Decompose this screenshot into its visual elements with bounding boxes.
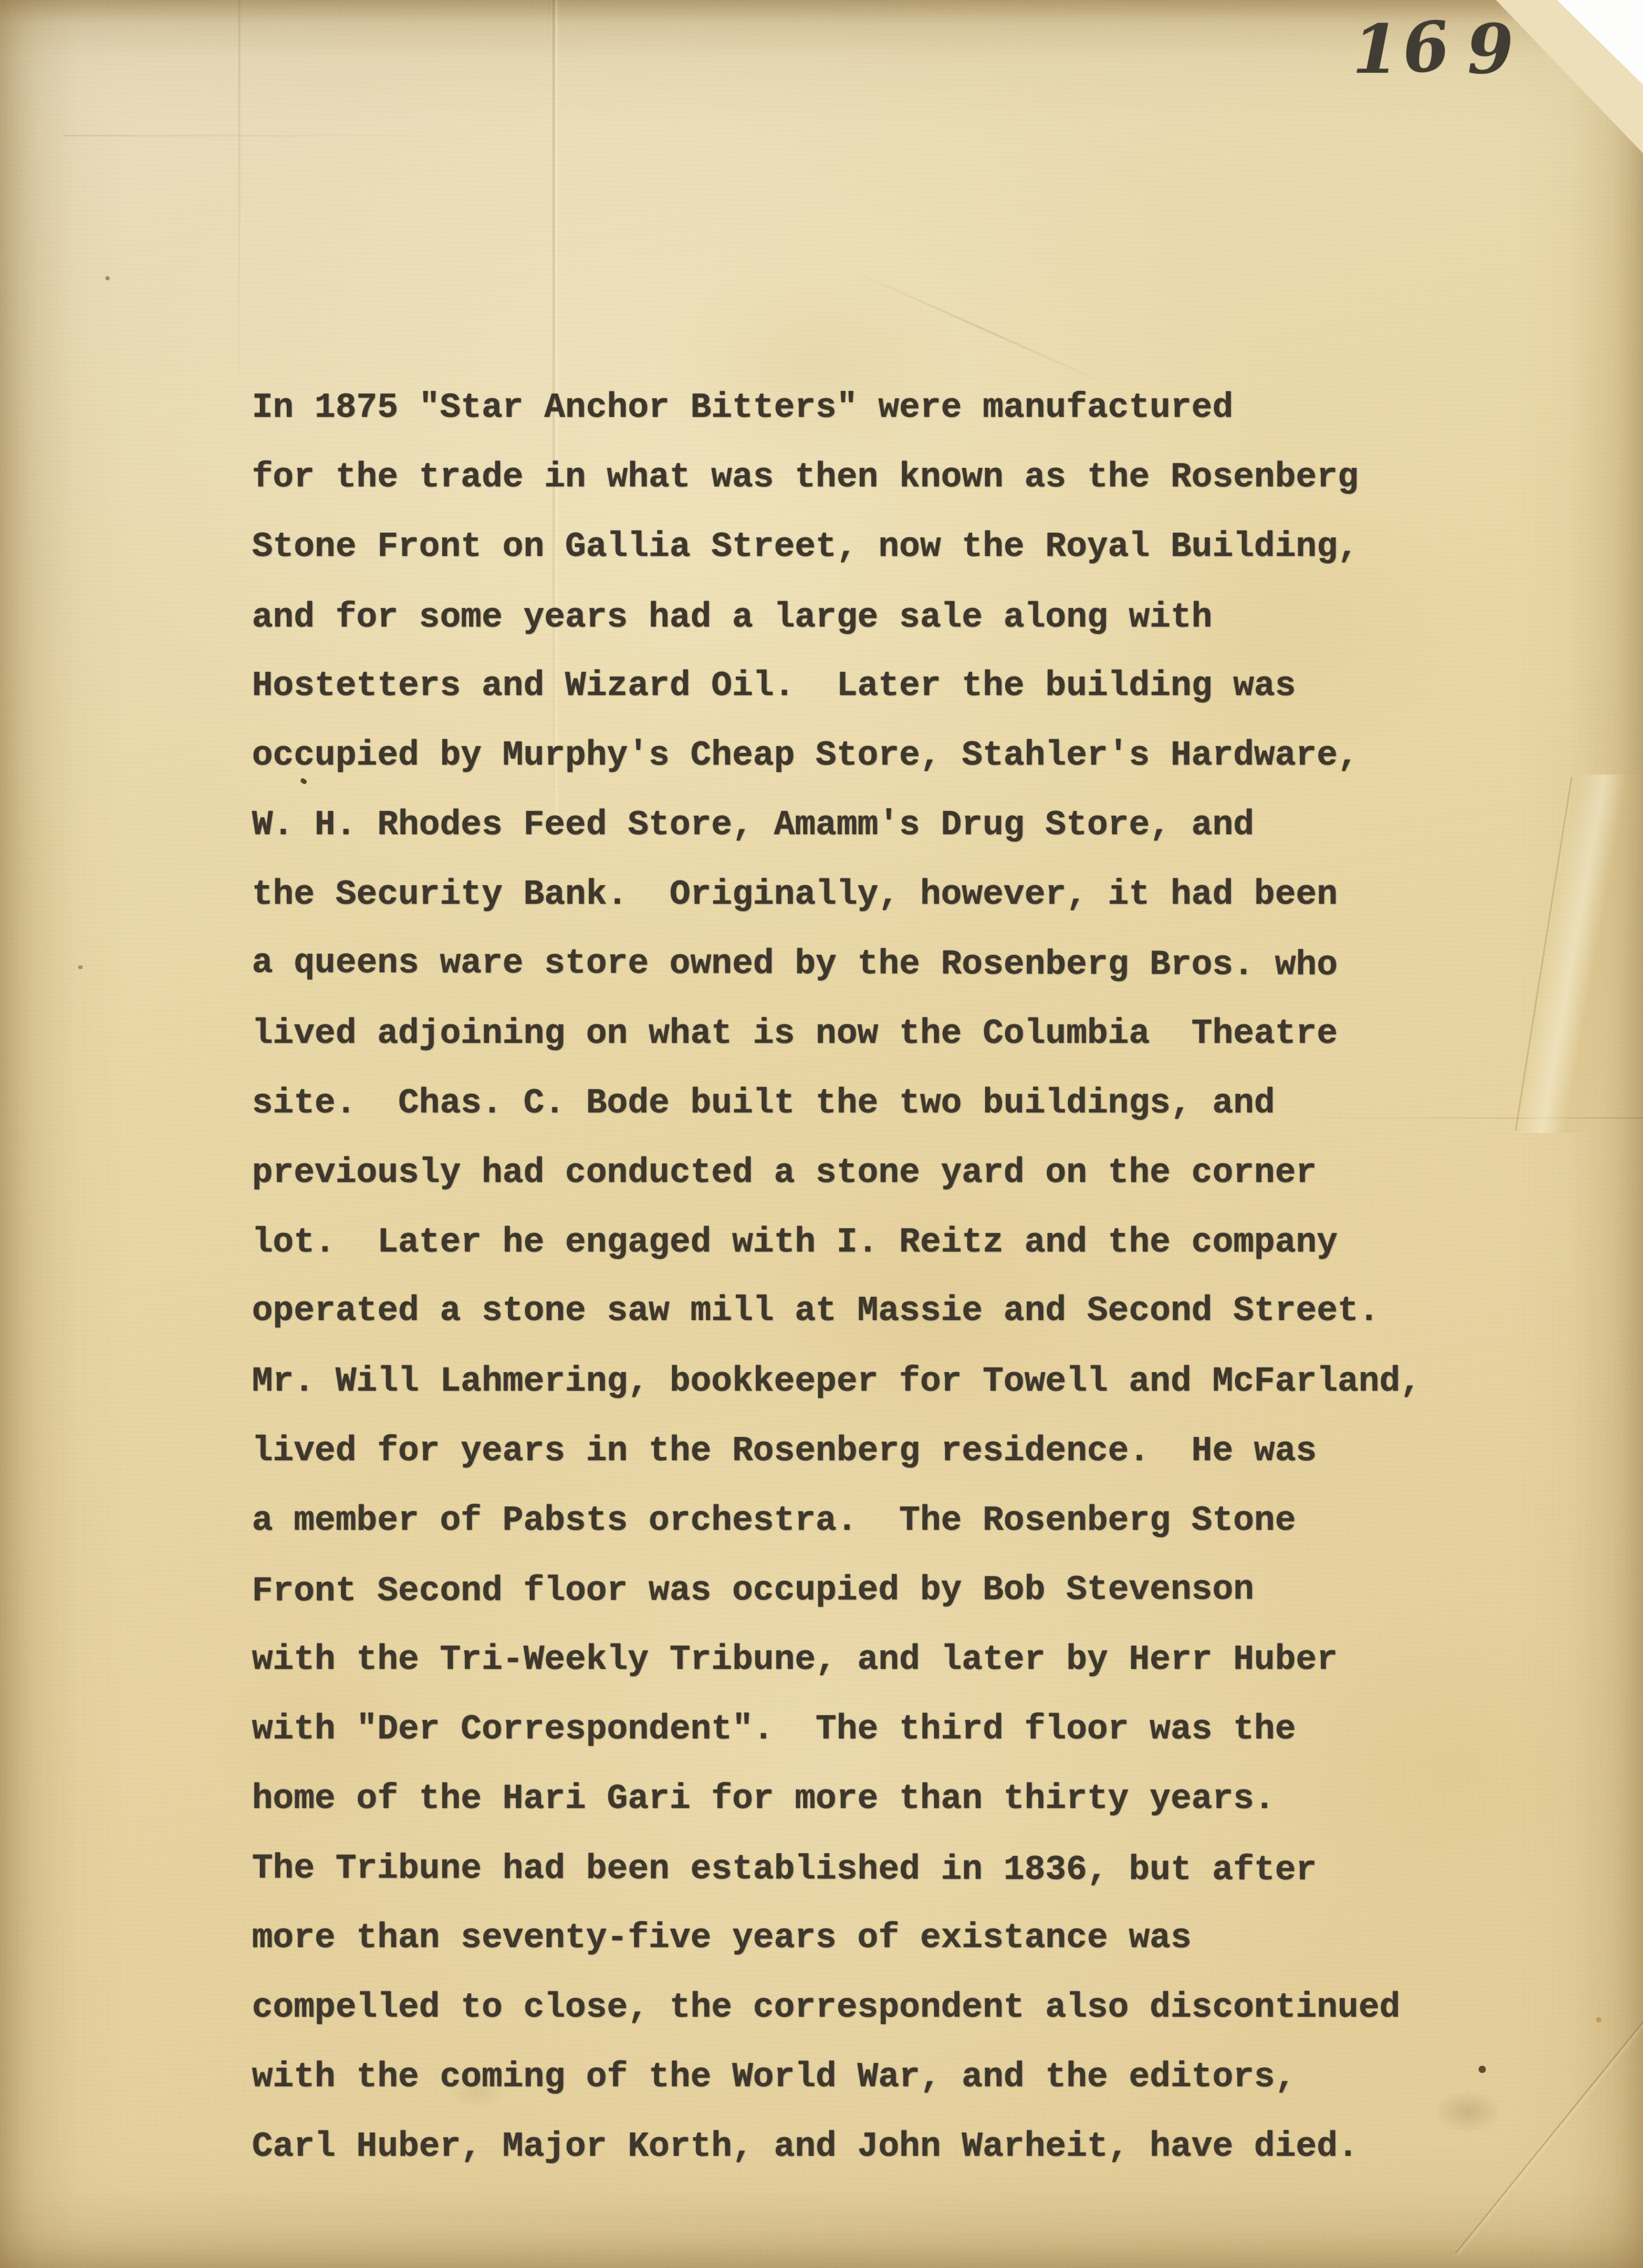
typed-line: occupied by Murphy's Cheap Store, Stahle… — [252, 721, 1517, 790]
page-number-digit: 1 — [1353, 10, 1403, 89]
typed-line: Mr. Will Lahmering, bookkeeper for Towel… — [252, 1347, 1517, 1416]
typed-paragraph: In 1875 "Star Anchor Bitters" were manuf… — [252, 164, 1517, 2182]
typed-line: for the trade in what was then known as … — [252, 443, 1517, 512]
page-number-digit: 6 — [1398, 6, 1456, 90]
typed-line: Hostetters and Wizard Oil. Later the bui… — [252, 651, 1517, 721]
typed-line: site. Chas. C. Bode built the two buildi… — [252, 1069, 1517, 1138]
typed-line: Front Second floor was occupied by Bob S… — [252, 1555, 1517, 1626]
typed-line: with "Der Correspondent". The third floo… — [252, 1695, 1517, 1764]
typed-line: with the Tri-Weekly Tribune, and later b… — [252, 1625, 1517, 1695]
typed-line: Carl Huber, Major Korth, and John Warhei… — [252, 2112, 1517, 2182]
typed-line: lived adjoining on what is now the Colum… — [252, 999, 1517, 1069]
typed-line: a member of Pabsts orchestra. The Rosenb… — [252, 1486, 1517, 1556]
typed-line: lot. Later he engaged with I. Reitz and … — [252, 1208, 1517, 1277]
typed-line: and for some years had a large sale alon… — [252, 583, 1517, 652]
typed-line: the Security Bank. Originally, however, … — [252, 860, 1517, 930]
page-number-digit: 9 — [1465, 9, 1518, 90]
typed-line: a queens ware store owned by the Rosenbe… — [252, 928, 1517, 1000]
typed-line: W. H. Rhodes Feed Store, Amamm's Drug St… — [252, 790, 1517, 860]
scanned-document-page: 169 In 1875 "Star Anchor Bitters" were m… — [0, 0, 1643, 2268]
typed-line: Stone Front on Gallia Street, now the Ro… — [252, 512, 1517, 582]
typed-line: with the coming of the World War, and th… — [252, 2042, 1517, 2112]
typed-line: In 1875 "Star Anchor Bitters" were manuf… — [252, 373, 1517, 443]
typed-line: home of the Hari Gari for more than thir… — [252, 1764, 1517, 1834]
typed-line: The Tribune had been established in 1836… — [252, 1834, 1517, 1905]
typed-line: lived for years in the Rosenberg residen… — [252, 1416, 1517, 1486]
typed-line: compelled to close, the correspondent al… — [252, 1973, 1517, 2042]
typed-line: operated a stone saw mill at Massie and … — [252, 1276, 1517, 1346]
typed-line: more than seventy-five years of existanc… — [252, 1903, 1517, 1973]
page-number: 169 — [1348, 0, 1520, 92]
typed-line: previously had conducted a stone yard on… — [252, 1138, 1517, 1208]
